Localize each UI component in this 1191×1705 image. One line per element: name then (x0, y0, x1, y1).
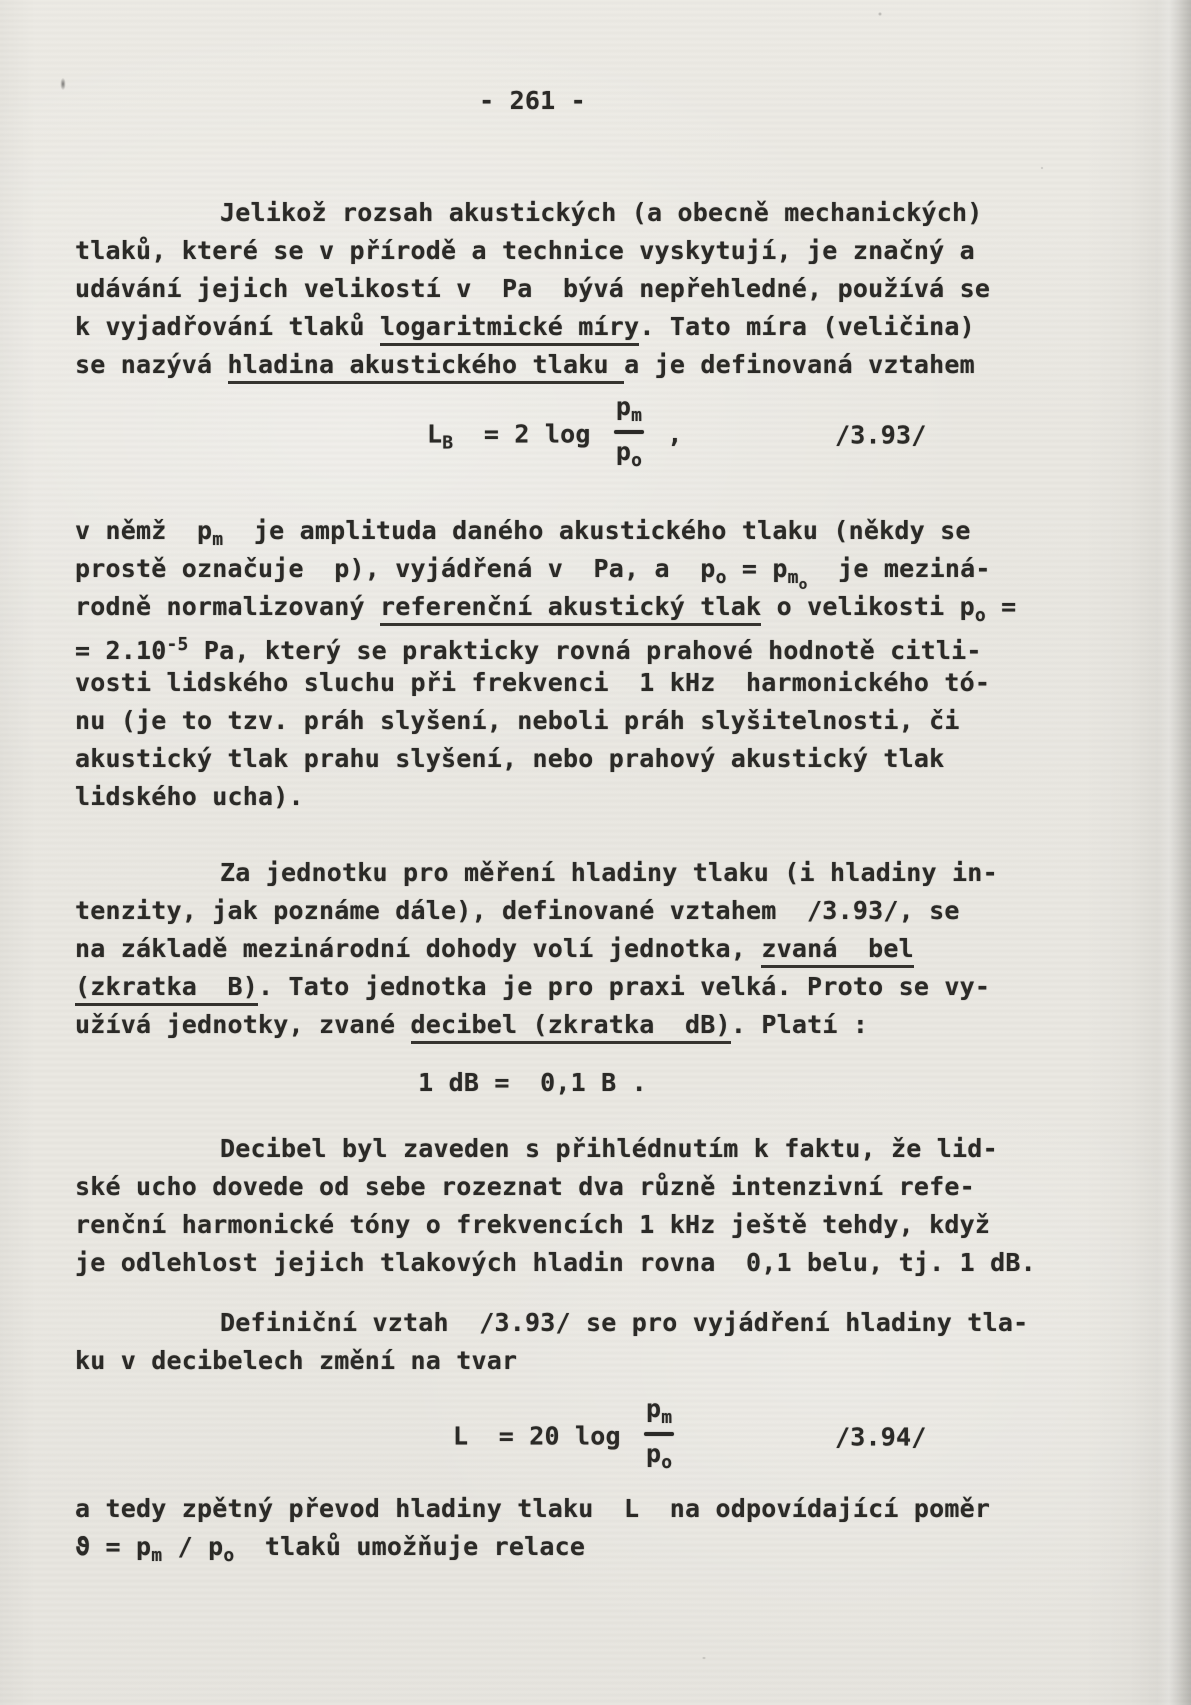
text-segment: je odlehlost jejich tlakových hladin rov… (75, 1248, 1036, 1277)
text-line: prostě označuje p), vyjádřená v Pa, a po… (75, 550, 990, 588)
page-edge-shadow (1157, 0, 1191, 1705)
text-segment: p (646, 1394, 661, 1423)
page-content: - 261 - Jelikož rozsah akustických (a ob… (75, 0, 990, 1566)
paragraph-1: Jelikož rozsah akustických (a obecně mec… (75, 194, 990, 384)
equation-decibel: 1 dB = 0,1 B . (75, 1064, 990, 1102)
text-segment: Za jednotku pro měření hladiny tlaku (i … (220, 858, 998, 887)
text-segment: m (151, 1545, 162, 1566)
text-segment: nu (je to tzv. práh slyšení, neboli práh… (75, 706, 960, 735)
text-segment: o (223, 1545, 234, 1566)
paragraph-4: Decibel byl zaveden s přihlédnutím k fak… (75, 1130, 990, 1282)
text-line: v němž pm je amplituda daného akustickéh… (75, 512, 990, 550)
text-segment: = (986, 592, 1017, 621)
text-line: je odlehlost jejich tlakových hladin rov… (75, 1244, 990, 1282)
underlined-text: decibel (zkratka dB) (411, 1010, 731, 1044)
text-line: udávání jejich velikostí v Pa bývá nepře… (75, 270, 990, 308)
text-segment: p (616, 392, 631, 421)
fraction: pmpo (644, 1396, 674, 1473)
text-segment: a tedy zpětný převod hladiny tlaku L na … (75, 1494, 990, 1523)
text-segment: , (652, 419, 683, 448)
text-line: a tedy zpětný převod hladiny tlaku L na … (75, 1490, 990, 1528)
text-line: akustický tlak prahu slyšení, nebo praho… (75, 740, 990, 778)
text-segment: m (661, 1407, 672, 1428)
text-line: tlaků, které se v přírodě a technice vys… (75, 232, 990, 270)
equation-3-93: LB = 2 log pmpo ,/3.93/ (75, 390, 990, 480)
fraction-numerator: pm (614, 394, 644, 426)
text-segment: -5 (167, 634, 189, 655)
text-segment: o velikosti p (761, 592, 975, 621)
text-segment: . Tato jednotka je pro praxi velká. Prot… (258, 972, 990, 1001)
underlined-text: referenční akustický tlak (380, 592, 761, 626)
underlined-text: (zkratka B) (75, 972, 258, 1006)
text-segment: na základě mezinárodní dohody volí jedno… (75, 934, 761, 963)
text-line: vosti lidského sluchu při frekvenci 1 kH… (75, 664, 990, 702)
text-segment: B (442, 432, 453, 453)
text-line: ϑ = pm / po tlaků umožňuje relace (75, 1528, 990, 1566)
equation: L = 20 log pmpo (453, 1399, 682, 1476)
document-body: Jelikož rozsah akustických (a obecně mec… (75, 194, 990, 1566)
text-segment: se nazývá (75, 350, 228, 379)
paragraph-6: a tedy zpětný převod hladiny tlaku L na … (75, 1490, 990, 1566)
text-segment: . Platí : (731, 1010, 868, 1039)
text-segment: tlaků umožňuje relace (234, 1532, 585, 1561)
text-segment: vosti lidského sluchu při frekvenci 1 kH… (75, 668, 990, 697)
fraction-bar (614, 430, 644, 434)
text-segment: m (788, 567, 799, 588)
text-segment: L = 20 log (453, 1421, 636, 1450)
text-line: lidského ucha). (75, 778, 990, 816)
underlined-text: logaritmické míry (380, 312, 639, 346)
text-segment: Pa, který se prakticky rovná prahové hod… (189, 636, 982, 665)
equation-tag: /3.93/ (835, 421, 927, 450)
text-segment: / p (162, 1532, 223, 1561)
paragraph-5: Definiční vztah /3.93/ se pro vyjádření … (75, 1304, 990, 1380)
text-segment: Definiční vztah /3.93/ se pro vyjádření … (220, 1308, 1028, 1337)
paragraph-3: Za jednotku pro měření hladiny tlaku (i … (75, 854, 990, 1044)
text-line: k vyjadřování tlaků logaritmické míry. T… (75, 308, 990, 346)
text-segment: m (631, 405, 642, 426)
text-segment: p (616, 437, 631, 466)
text-segment: tenzity, jak poznáme dále), definované v… (75, 896, 960, 925)
text-segment: k vyjadřování tlaků (75, 312, 380, 341)
text-line: Jelikož rozsah akustických (a obecně mec… (75, 194, 990, 232)
text-segment: je meziná- (808, 554, 991, 583)
text-segment: = 2.10 (75, 636, 167, 665)
text-segment: o (661, 1452, 672, 1473)
text-segment: = 2 log (453, 419, 606, 448)
text-line: Definiční vztah /3.93/ se pro vyjádření … (75, 1304, 990, 1342)
text-segment: L (427, 419, 442, 448)
text-line: ské ucho dovede od sebe rozeznat dva růz… (75, 1168, 990, 1206)
text-line: (zkratka B). Tato jednotka je pro praxi … (75, 968, 990, 1006)
text-segment: rodně normalizovaný (75, 592, 380, 621)
text-segment: v němž (75, 516, 197, 545)
equation-tag: /3.94/ (835, 1423, 927, 1452)
text-line: se nazývá hladina akustického tlaku a je… (75, 346, 990, 384)
page-number: - 261 - (75, 86, 990, 118)
text-segment: m (212, 529, 223, 550)
text-segment: lidského ucha). (75, 782, 304, 811)
text-segment: o (716, 567, 727, 588)
text-segment: = p (727, 554, 788, 583)
fraction-denominator: po (614, 439, 644, 471)
text-line: nu (je to tzv. práh slyšení, neboli práh… (75, 702, 990, 740)
underlined-text: zvaná bel (761, 934, 914, 968)
text-segment: užívá jednotky, zvané (75, 1010, 411, 1039)
underlined-text: hladina akustického tlaku (228, 350, 625, 384)
text-segment: p (197, 516, 212, 545)
text-segment: udávání jejich velikostí v Pa bývá nepře… (75, 274, 990, 303)
text-segment: o (631, 450, 642, 471)
text-segment: akustický tlak prahu slyšení, nebo praho… (75, 744, 944, 773)
text-segment: ské ucho dovede od sebe rozeznat dva růz… (75, 1172, 975, 1201)
text-line: = 2.10-5 Pa, který se prakticky rovná pr… (75, 626, 990, 664)
text-segment: Jelikož rozsah akustických (a obecně mec… (220, 198, 983, 227)
text-segment: tlaků, které se v přírodě a technice vys… (75, 236, 975, 265)
text-segment: 1 dB = 0,1 B . (418, 1068, 647, 1097)
text-line: tenzity, jak poznáme dále), definované v… (75, 892, 990, 930)
text-segment: je amplituda daného akustického tlaku (n… (223, 516, 970, 545)
equation: LB = 2 log pmpo , (427, 397, 683, 474)
text-line: Za jednotku pro měření hladiny tlaku (i … (75, 854, 990, 892)
text-segment: a je definovaná vztahem (624, 350, 975, 379)
fraction-numerator: pm (644, 1396, 674, 1428)
scanned-page: - 261 - Jelikož rozsah akustických (a ob… (0, 0, 1191, 1705)
text-line: ku v decibelech změní na tvar (75, 1342, 990, 1380)
text-line: renční harmonické tóny o frekvencích 1 k… (75, 1206, 990, 1244)
fraction-denominator: po (644, 1441, 674, 1473)
text-line: na základě mezinárodní dohody volí jedno… (75, 930, 990, 968)
equation-3-94: L = 20 log pmpo/3.94/ (75, 1392, 990, 1482)
text-segment: prostě označuje p), vyjádřená v Pa, a p (75, 554, 716, 583)
text-line: rodně normalizovaný referenční akustický… (75, 588, 990, 626)
text-line: Decibel byl zaveden s přihlédnutím k fak… (75, 1130, 990, 1168)
text-segment: Decibel byl zaveden s přihlédnutím k fak… (220, 1134, 998, 1163)
paragraph-2: v němž pm je amplituda daného akustickéh… (75, 512, 990, 816)
text-segment: o (975, 605, 986, 626)
text-segment: ku v decibelech změní na tvar (75, 1346, 517, 1375)
equation-line: 1 dB = 0,1 B . (75, 1064, 990, 1102)
fraction: pmpo (614, 394, 644, 471)
text-segment: p (646, 1439, 661, 1468)
text-segment: . Tato míra (veličina) (639, 312, 975, 341)
text-line: užívá jednotky, zvané decibel (zkratka d… (75, 1006, 990, 1044)
text-segment: renční harmonické tóny o frekvencích 1 k… (75, 1210, 990, 1239)
fraction-bar (644, 1432, 674, 1436)
text-segment: ϑ = p (75, 1532, 151, 1561)
